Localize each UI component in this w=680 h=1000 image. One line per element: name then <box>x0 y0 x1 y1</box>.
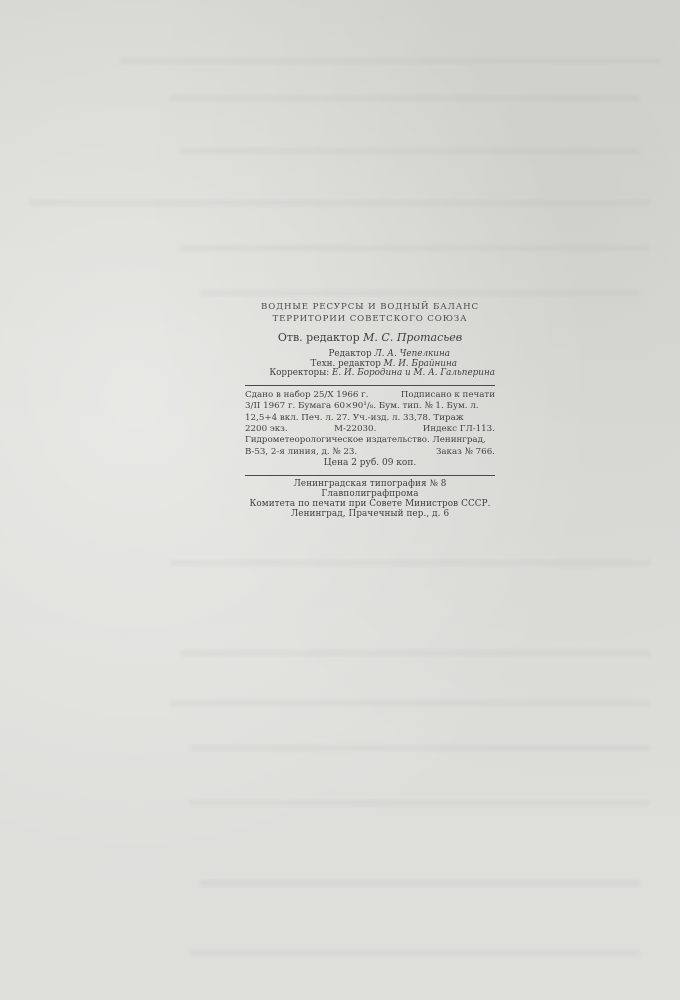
book-title-line-2: ТЕРРИТОРИИ СОВЕТСКОГО СОЮЗА <box>245 313 495 325</box>
pubinfo-line: 12,5+4 вкл. Печ. л. 27. Уч.-изд. л. 33,7… <box>245 413 495 424</box>
book-title-line-1: ВОДНЫЕ РЕСУРСЫ И ВОДНЫЙ БАЛАНС <box>245 301 495 313</box>
show-through-line <box>200 290 640 296</box>
typeset-date: Сдано в набор 25/X 1966 г. <box>245 390 368 401</box>
pubinfo-line: В-53, 2-я линия, д. № 23. Заказ № 766. <box>245 447 495 458</box>
show-through-line <box>190 800 650 806</box>
censor-code: М-22030. <box>334 424 376 435</box>
printer-line: Комитета по печати при Совете Министров … <box>245 499 495 509</box>
publisher-address: В-53, 2-я линия, д. № 23. <box>245 447 357 458</box>
credit-name: Е. И. Бородина и М. А. Гальперина <box>332 368 495 378</box>
publication-info: Сдано в набор 25/X 1966 г. Подписано к п… <box>245 390 495 470</box>
pubinfo-line: 3/II 1967 г. Бумага 60×90¹/₈. Бум. тип. … <box>245 401 495 412</box>
chief-editor-label: Отв. редактор <box>278 331 360 344</box>
index-code: Индекс ГЛ-113. <box>423 424 495 435</box>
printer-line: Ленинградская типография № 8 Главполигра… <box>245 479 495 499</box>
credit-label: Техн. редактор <box>311 359 381 369</box>
show-through-line <box>180 245 650 251</box>
signed-for-print: Подписано к печати <box>401 390 495 401</box>
credit-label: Редактор <box>329 349 372 359</box>
divider-rule <box>245 385 495 386</box>
chief-editor: Отв. редактор М. С. Протасьев <box>245 331 495 345</box>
show-through-line <box>120 58 660 64</box>
divider-rule <box>245 475 495 476</box>
show-through-line <box>190 745 650 751</box>
show-through-line <box>180 650 650 656</box>
pubinfo-line: 2200 экз. М-22030. Индекс ГЛ-113. <box>245 424 495 435</box>
show-through-line <box>30 200 650 206</box>
colophon-imprint: ВОДНЫЕ РЕСУРСЫ И ВОДНЫЙ БАЛАНС ТЕРРИТОРИ… <box>245 301 495 519</box>
credit-name: Л. А. Чепелкина <box>374 349 450 359</box>
credit-name: М. И. Брайнина <box>384 359 457 369</box>
show-through-line <box>190 950 640 956</box>
credits: Редактор Л. А. Чепелкина Техн. редактор … <box>245 350 495 379</box>
publisher: Гидрометеорологическое издательство. Лен… <box>245 435 486 446</box>
chief-editor-name: М. С. Протасьев <box>363 331 462 344</box>
printer-line: Ленинград, Прачечный пер., д. 6 <box>245 509 495 519</box>
credit-proofreaders: Корректоры: Е. И. Бородина и М. А. Гальп… <box>245 369 495 379</box>
sheets-count: 12,5+4 вкл. Печ. л. 27. Уч.-изд. л. 33,7… <box>245 413 464 424</box>
pubinfo-line: Сдано в набор 25/X 1966 г. Подписано к п… <box>245 390 495 401</box>
credit-label: Корректоры: <box>269 368 329 378</box>
printer-info: Ленинградская типография № 8 Главполигра… <box>245 479 495 519</box>
show-through-line <box>170 700 650 706</box>
show-through-line <box>170 95 640 101</box>
print-run: 2200 экз. <box>245 424 288 435</box>
price: Цена 2 руб. 09 коп. <box>245 458 495 469</box>
show-through-line <box>170 560 650 566</box>
pubinfo-line: Гидрометеорологическое издательство. Лен… <box>245 435 495 446</box>
paper-format: 3/II 1967 г. Бумага 60×90¹/₈. Бум. тип. … <box>245 401 479 412</box>
order-number: Заказ № 766. <box>436 447 495 458</box>
show-through-line <box>180 148 640 154</box>
show-through-line <box>200 880 640 886</box>
